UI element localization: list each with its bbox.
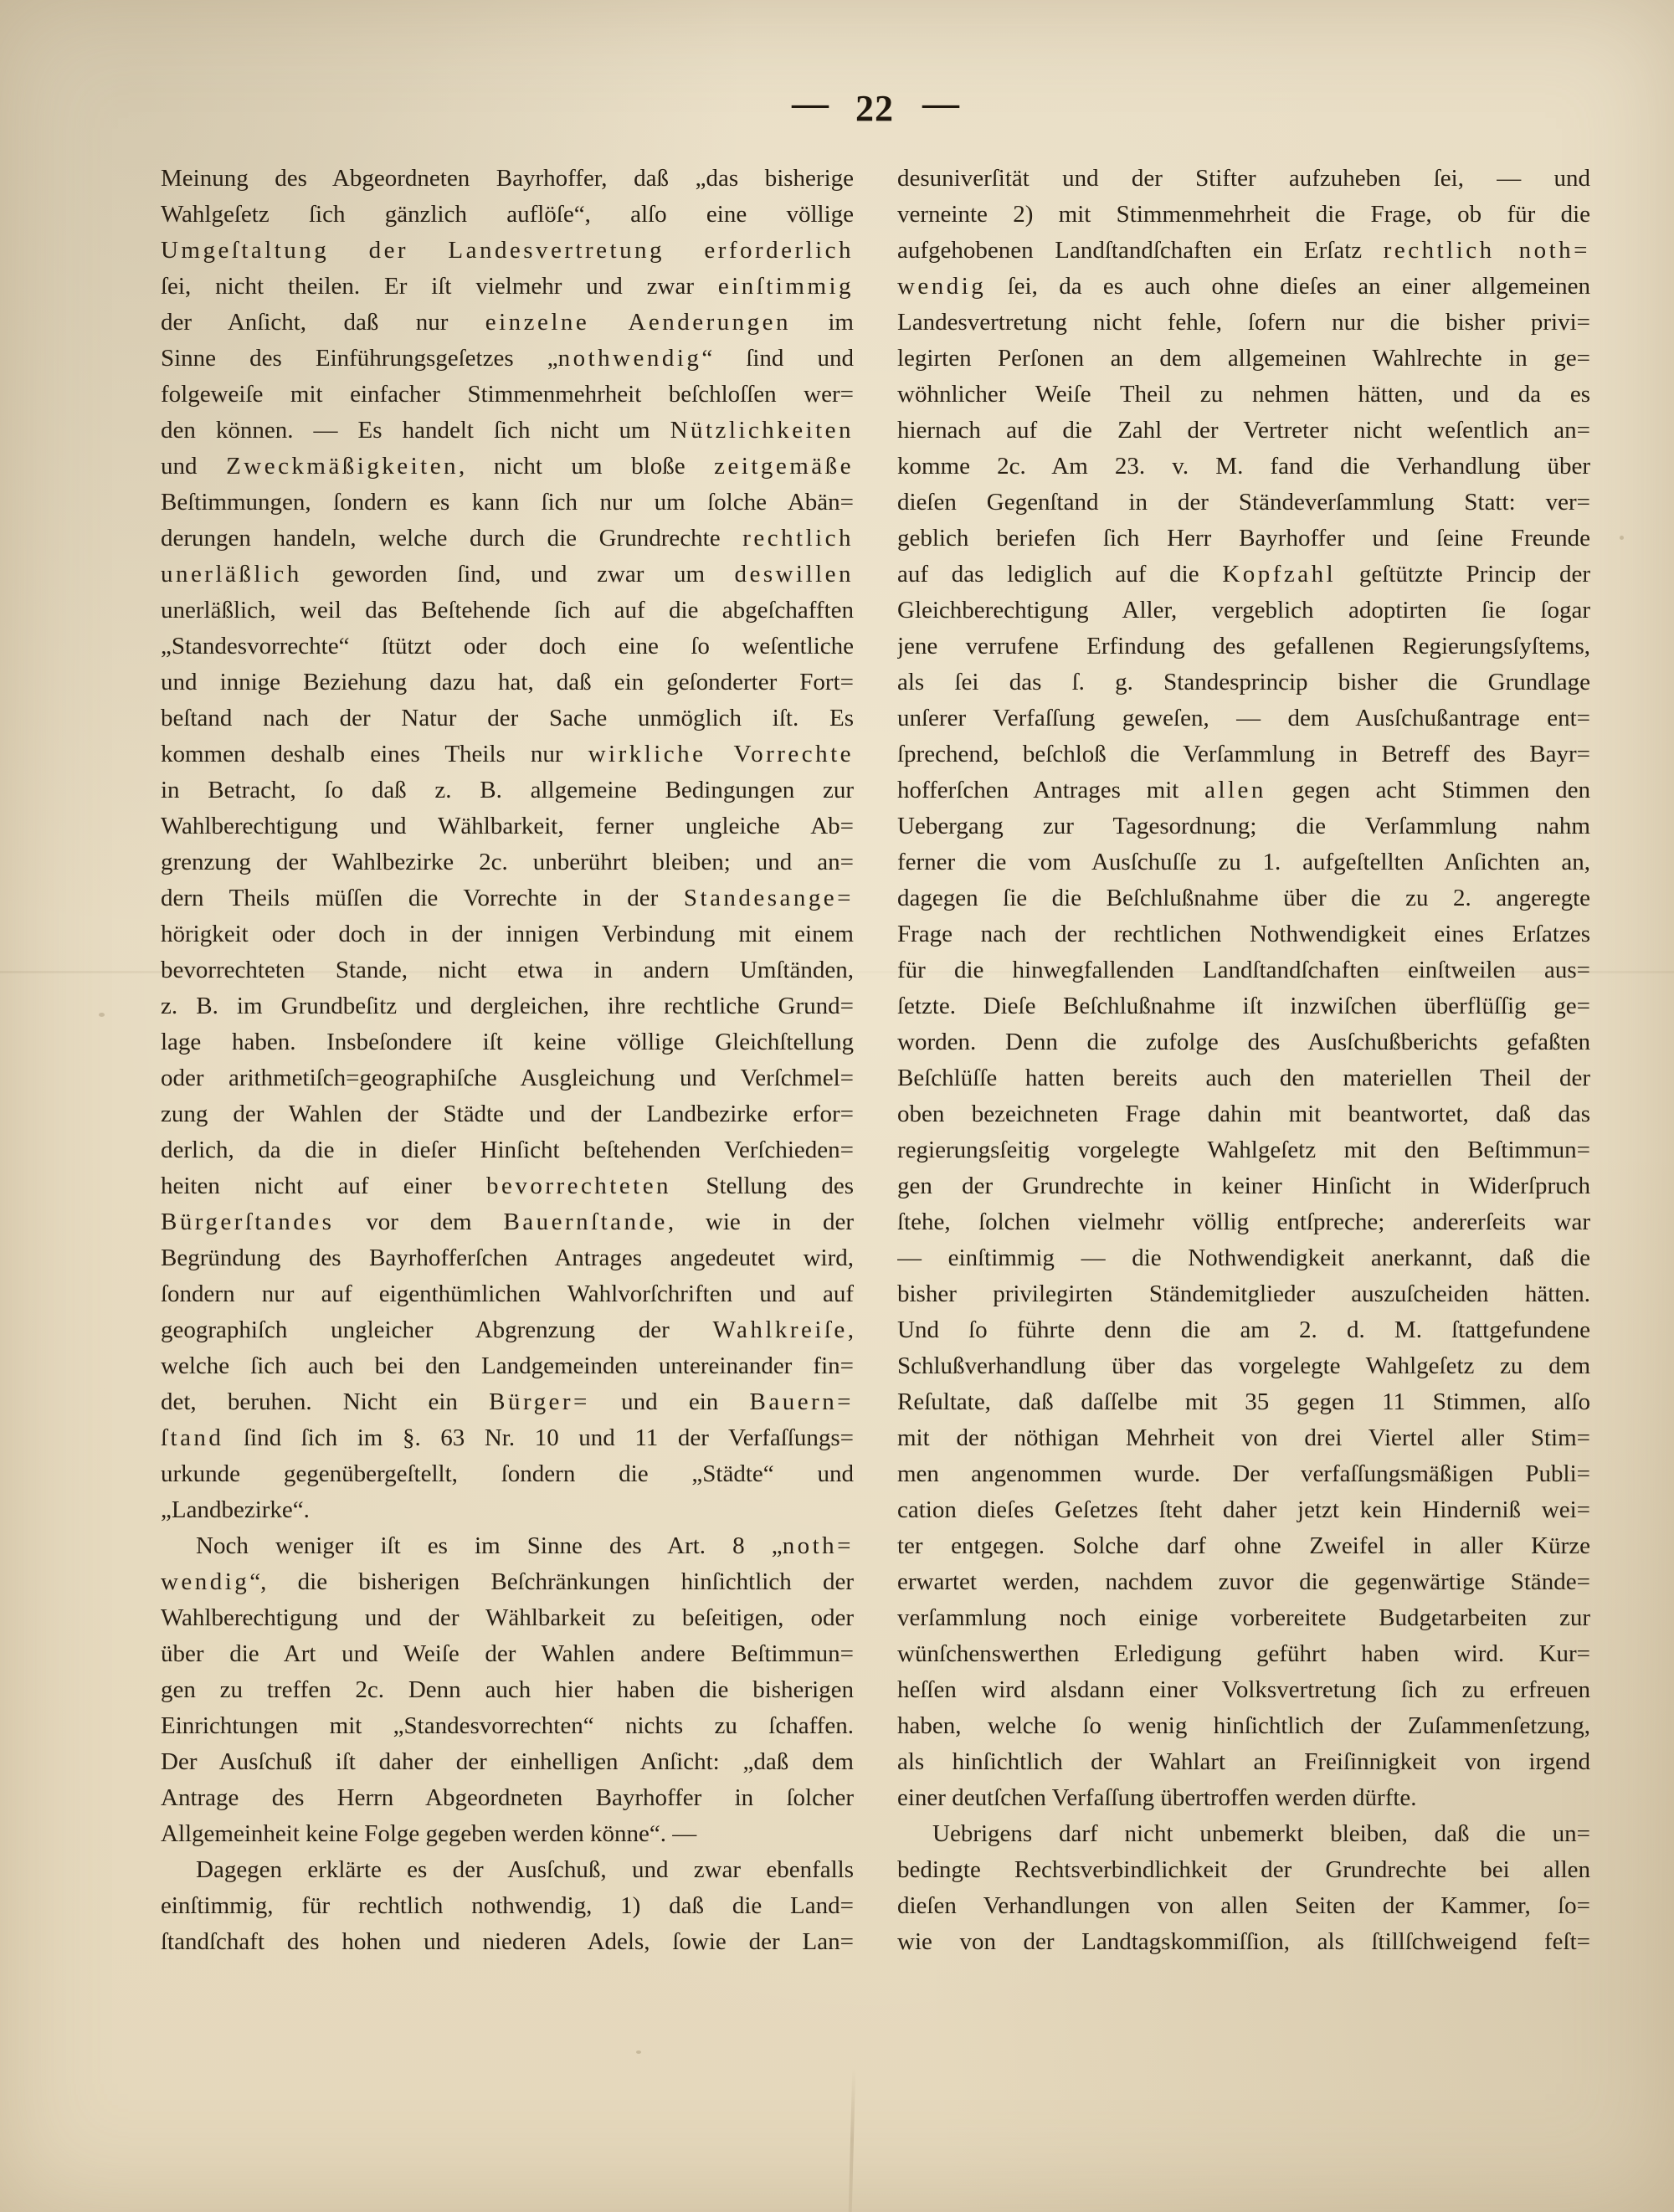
- text-line: regierungsſeitig vorgelegte Wahlgeſetz m…: [897, 1132, 1590, 1168]
- text-line: Beſchlüſſe hatten bereits auch den mater…: [897, 1060, 1590, 1096]
- text-line: mit der nöthigan Mehrheit von drei Viert…: [897, 1420, 1590, 1456]
- paper-fold-line: [0, 971, 1674, 973]
- text-line: einſtimmig, für rechtlich nothwendig, 1)…: [161, 1888, 854, 1924]
- text-line: z. B. im Grundbeſitz und dergleichen, ih…: [161, 988, 854, 1024]
- text-line: jene verrufene Erfindung des gefallenen …: [897, 629, 1590, 665]
- text-line: grenzung der Wahlbezirke 2c. unberührt b…: [161, 844, 854, 880]
- text-line: ſei, nicht theilen. Er iſt vielmehr und …: [161, 269, 854, 305]
- text-line: dieſen Gegenſtand in der Ständeverſammlu…: [897, 485, 1590, 521]
- text-line: einer deutſchen Verfaſſung übertroffen w…: [897, 1780, 1590, 1816]
- text-line: Wahlberechtigung und der Wählbarkeit zu …: [161, 1600, 854, 1636]
- text-line: ſtehe, ſolchen vielmehr völlig entſprech…: [897, 1204, 1590, 1240]
- text-line: Sinne des Einführungsgeſetzes „nothwendi…: [161, 341, 854, 377]
- text-line: unerläßlich, weil das Beſtehende ſich au…: [161, 593, 854, 629]
- header-dash-left: —: [792, 83, 827, 124]
- text-line: haben, welche ſo wenig hinſichtlich der …: [897, 1708, 1590, 1744]
- text-line: Und ſo führte denn die am 2. d. M. ſtatt…: [897, 1312, 1590, 1348]
- text-line: wünſchenswerthen Erledigung geführt habe…: [897, 1636, 1590, 1672]
- text-line: verſammlung noch einige vorbereitete Bud…: [897, 1600, 1590, 1636]
- text-line: oben bezeichneten Frage dahin mit beantw…: [897, 1096, 1590, 1132]
- text-line: desuniverſität und der Stifter aufzuhebe…: [897, 161, 1590, 197]
- text-line: „Standesvorrechte“ ſtützt oder doch eine…: [161, 629, 854, 665]
- text-line: Wahlberechtigung und Wählbarkeit, ferner…: [161, 808, 854, 844]
- text-line: ter entgegen. Solche darf ohne Zweifel i…: [897, 1528, 1590, 1564]
- text-column-left: Meinung des Abgeordneten Bayrhoffer, daß…: [161, 161, 854, 1960]
- text-line: als ſei das ſ. g. Standesprincip bisher …: [897, 665, 1590, 701]
- text-line: gen zu treffen 2c. Denn auch hier haben …: [161, 1672, 854, 1708]
- paragraph: Dagegen erklärte es der Ausſchuß, und zw…: [161, 1852, 854, 1960]
- text-line: Einrichtungen mit „Standesvorrechten“ ni…: [161, 1708, 854, 1744]
- text-line: unſerer Verfaſſung geweſen, — dem Ausſch…: [897, 701, 1590, 736]
- text-line: welche ſich auch bei den Landgemeinden u…: [161, 1348, 854, 1384]
- text-line: lage haben. Insbeſondere iſt keine völli…: [161, 1024, 854, 1060]
- text-line: Allgemeinheit keine Folge gegeben werden…: [161, 1816, 854, 1852]
- text-line: derungen handeln, welche durch die Grund…: [161, 521, 854, 557]
- text-line: Uebergang zur Tagesordnung; die Verſamml…: [897, 808, 1590, 844]
- text-line: Der Ausſchuß iſt daher der einhelligen A…: [161, 1744, 854, 1780]
- text-line: aufgehobenen Landſtandſchaften ein Erſat…: [897, 233, 1590, 269]
- text-line: beſtand nach der Natur der Sache unmögli…: [161, 701, 854, 736]
- text-line: dagegen ſie die Beſchlußnahme über die z…: [897, 880, 1590, 916]
- text-line: derlich, da die in dieſer Hinſicht beſte…: [161, 1132, 854, 1168]
- text-line: dieſen Verhandlungen von allen Seiten de…: [897, 1888, 1590, 1924]
- paper-crease: [849, 2067, 856, 2212]
- text-line: und innige Beziehung dazu hat, daß ein g…: [161, 665, 854, 701]
- text-line: und Zweckmäßigkeiten, nicht um bloße zei…: [161, 449, 854, 485]
- text-line: men angenommen wurde. Der verfaſſungsmäß…: [897, 1456, 1590, 1492]
- text-line: ſtand ſind ſich im §. 63 Nr. 10 und 11 d…: [161, 1420, 854, 1456]
- text-line: geographiſch ungleicher Abgrenzung der W…: [161, 1312, 854, 1348]
- text-line: komme 2c. Am 23. v. M. fand die Verhandl…: [897, 449, 1590, 485]
- text-line: heiten nicht auf einer bevorrechteten St…: [161, 1168, 854, 1204]
- text-line: ſetzte. Dieſe Beſchlußnahme iſt inzwiſch…: [897, 988, 1590, 1024]
- text-line: gen der Grundrechte in keiner Hinſicht i…: [897, 1168, 1590, 1204]
- text-line: wöhnlicher Weiſe Theil zu nehmen hätten,…: [897, 377, 1590, 413]
- paragraph: Meinung des Abgeordneten Bayrhoffer, daß…: [161, 161, 854, 1528]
- text-line: den können. — Es handelt ſich nicht um N…: [161, 413, 854, 449]
- paper-speck: [636, 2050, 641, 2054]
- text-line: ferner die vom Ausſchuſſe zu 1. aufgeſte…: [897, 844, 1590, 880]
- paper-speck: [1620, 536, 1624, 540]
- text-line: Meinung des Abgeordneten Bayrhoffer, daß…: [161, 161, 854, 197]
- text-line: legirten Perſonen an dem allgemeinen Wah…: [897, 341, 1590, 377]
- text-line: auf das lediglich auf die Kopfzahl geſtü…: [897, 557, 1590, 593]
- text-line: hofferſchen Antrages mit allen gegen ach…: [897, 772, 1590, 808]
- text-line: wendig“, die bisherigen Beſchränkungen h…: [161, 1564, 854, 1600]
- text-line: Frage nach der rechtlichen Nothwendigkei…: [897, 916, 1590, 952]
- paragraph: desuniverſität und der Stifter aufzuhebe…: [897, 161, 1590, 1816]
- text-line: kommen deshalb eines Theils nur wirklich…: [161, 736, 854, 772]
- text-line: Umgeſtaltung der Landesvertretung erford…: [161, 233, 854, 269]
- text-line: ſondern nur auf eigenthümlichen Wahlvorſ…: [161, 1276, 854, 1312]
- text-line: „Landbezirke“.: [161, 1492, 854, 1528]
- text-line: hörigkeit oder doch in der innigen Verbi…: [161, 916, 854, 952]
- text-line: — einſtimmig — die Nothwendigkeit anerka…: [897, 1240, 1590, 1276]
- text-line: ſtandſchaft des hohen und niederen Adels…: [161, 1924, 854, 1960]
- text-line: erwartet werden, nachdem zuvor die gegen…: [897, 1564, 1590, 1600]
- text-line: unerläßlich geworden ſind, und zwar um d…: [161, 557, 854, 593]
- text-line: als hinſichtlich der Wahlart an Freiſinn…: [897, 1744, 1590, 1780]
- text-line: heſſen wird alsdann einer Volksvertretun…: [897, 1672, 1590, 1708]
- text-line: Reſultate, daß daſſelbe mit 35 gegen 11 …: [897, 1384, 1590, 1420]
- scanned-document-page: —22— Meinung des Abgeordneten Bayrhoffer…: [0, 0, 1674, 2212]
- text-line: über die Art und Weiſe der Wahlen andere…: [161, 1636, 854, 1672]
- text-line: oder arithmetiſch=geographiſche Ausgleic…: [161, 1060, 854, 1096]
- page-header: —22—: [159, 82, 1590, 130]
- paragraph: Uebrigens darf nicht unbemerkt bleiben, …: [897, 1816, 1590, 1960]
- text-line: der Anſicht, daß nur einzelne Aenderunge…: [161, 305, 854, 341]
- text-line: Dagegen erklärte es der Ausſchuß, und zw…: [161, 1852, 854, 1888]
- header-dash-right: —: [922, 83, 958, 124]
- page-number: 22: [855, 88, 894, 129]
- text-line: det, beruhen. Nicht ein Bürger= und ein …: [161, 1384, 854, 1420]
- text-line: dern Theils müſſen die Vorrechte in der …: [161, 880, 854, 916]
- text-line: zung der Wahlen der Städte und der Landb…: [161, 1096, 854, 1132]
- text-line: Antrage des Herrn Abgeordneten Bayrhoffe…: [161, 1780, 854, 1816]
- text-line: wie von der Landtagskommiſſion, als ſtil…: [897, 1924, 1590, 1960]
- text-line: bisher privilegirten Ständemitglieder au…: [897, 1276, 1590, 1312]
- text-line: Gleichberechtigung Aller, vergeblich ado…: [897, 593, 1590, 629]
- paragraph: Noch weniger iſt es im Sinne des Art. 8 …: [161, 1528, 854, 1852]
- text-line: ſprechend, beſchloß die Verſammlung in B…: [897, 736, 1590, 772]
- paper-speck: [99, 1013, 105, 1017]
- text-line: verneinte 2) mit Stimmenmehrheit die Fra…: [897, 197, 1590, 233]
- text-line: wendig ſei, da es auch ohne dieſes an ei…: [897, 269, 1590, 305]
- text-line: Landesvertretung nicht fehle, ſofern nur…: [897, 305, 1590, 341]
- text-line: Begründung des Bayrhofferſchen Antrages …: [161, 1240, 854, 1276]
- text-column-right: desuniverſität und der Stifter aufzuhebe…: [897, 161, 1590, 1960]
- text-line: Schlußverhandlung über das vorgelegte Wa…: [897, 1348, 1590, 1384]
- text-line: cation dieſes Geſetzes ſteht daher jetzt…: [897, 1492, 1590, 1528]
- text-line: Uebrigens darf nicht unbemerkt bleiben, …: [897, 1816, 1590, 1852]
- text-line: Bürgerſtandes vor dem Bauernſtande, wie …: [161, 1204, 854, 1240]
- text-line: bedingte Rechtsverbindlichkeit der Grund…: [897, 1852, 1590, 1888]
- text-line: geblich beriefen ſich Herr Bayrhoffer un…: [897, 521, 1590, 557]
- text-line: in Betracht, ſo daß z. B. allgemeine Bed…: [161, 772, 854, 808]
- text-line: hiernach auf die Zahl der Vertreter nich…: [897, 413, 1590, 449]
- text-line: folgeweiſe mit einfacher Stimmenmehrheit…: [161, 377, 854, 413]
- text-line: urkunde gegenübergeſtellt, ſondern die „…: [161, 1456, 854, 1492]
- text-line: Beſtimmungen, ſondern es kann ſich nur u…: [161, 485, 854, 521]
- text-line: worden. Denn die zufolge des Ausſchußber…: [897, 1024, 1590, 1060]
- text-line: Wahlgeſetz ſich gänzlich auflöſe“, alſo …: [161, 197, 854, 233]
- text-line: Noch weniger iſt es im Sinne des Art. 8 …: [161, 1528, 854, 1564]
